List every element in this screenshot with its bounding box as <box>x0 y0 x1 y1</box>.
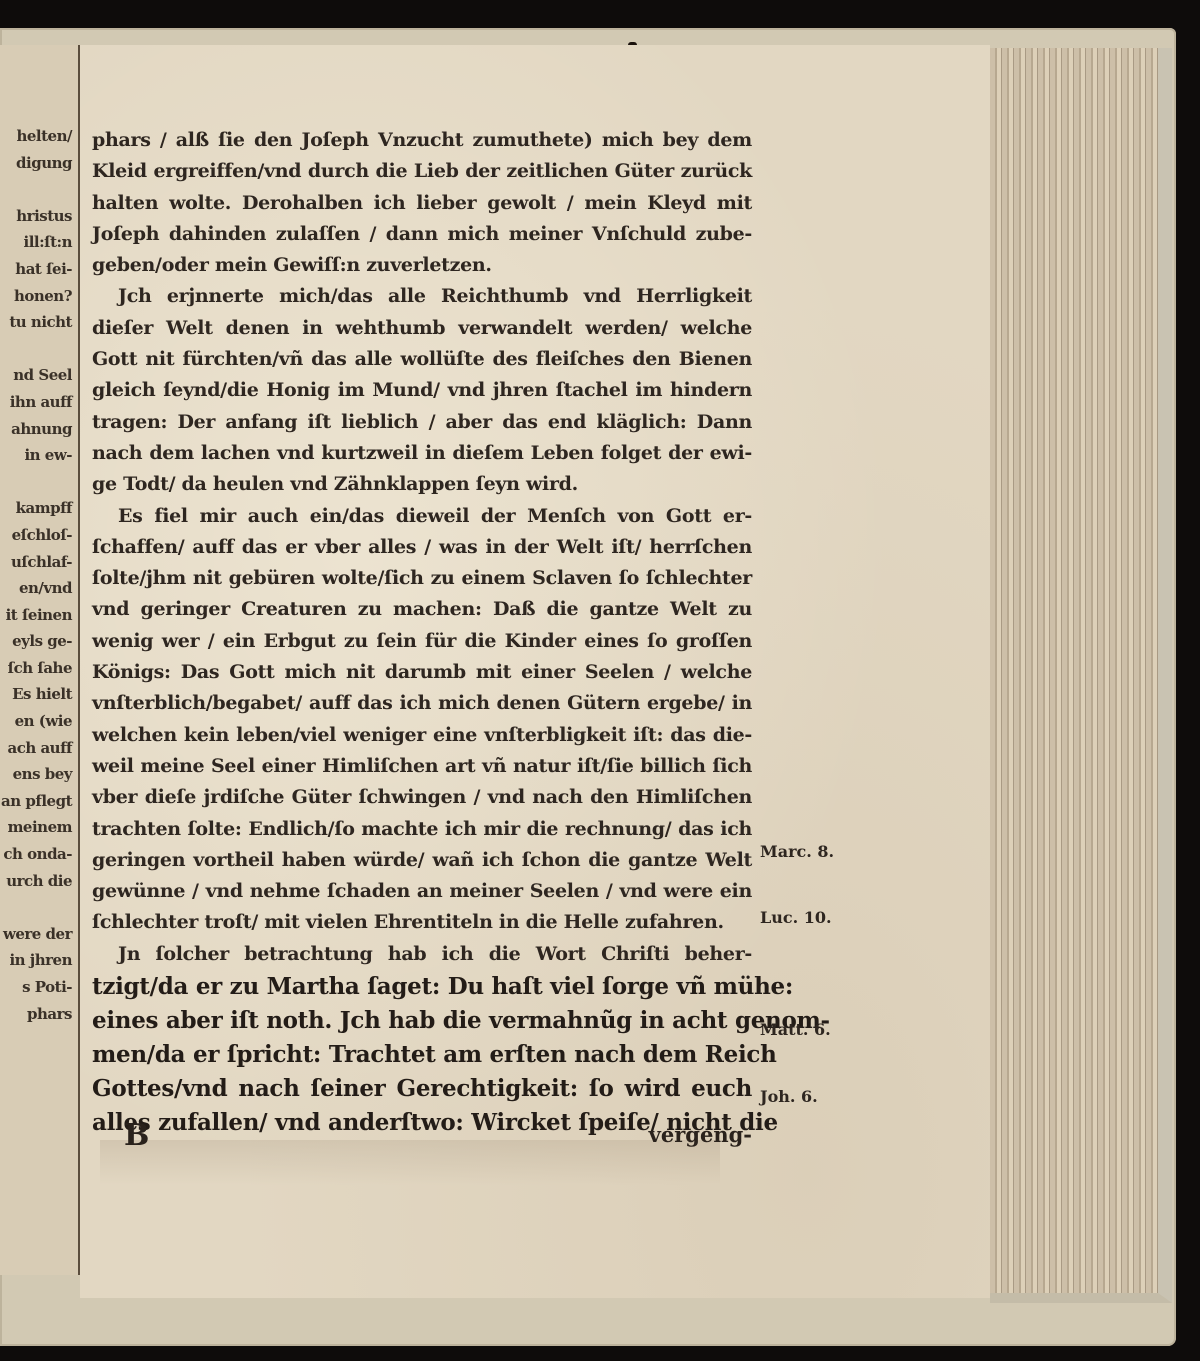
left-page-line: eyls ge- <box>0 628 72 655</box>
text-line: tragen: Der anfang iſt lieblich / aber d… <box>92 407 752 438</box>
text-line: ge Todt/ da heulen vnd Zähnklappen ſeyn … <box>92 469 752 500</box>
text-line: ſchaffen/ auff das er vber alles / was i… <box>92 532 752 563</box>
text-line: Jn ſolcher betrachtung hab ich die Wort … <box>92 939 752 970</box>
text-line: vnſterblich/begabet/ auff das ich mich d… <box>92 688 752 719</box>
text-line: geringen vortheil haben würde/ wañ ich ſ… <box>92 845 752 876</box>
text-line: trachten ſolte: Endlich/ſo machte ich mi… <box>92 814 752 845</box>
text-line: vnd geringer Creaturen zu machen: Daß di… <box>92 594 752 625</box>
left-page: helten/digung hristusill:ſt:nhat ſei-hon… <box>0 45 80 1275</box>
text-line: welchen kein leben/viel weniger eine vnſ… <box>92 720 752 751</box>
left-page-line: urch die <box>0 868 72 895</box>
text-line: ſchlechter troſt/ mit vielen Ehrentiteln… <box>92 907 752 938</box>
catchword: vergeng- <box>649 1122 752 1147</box>
left-page-line: phars <box>0 1001 72 1028</box>
left-page-line: en/vnd <box>0 575 72 602</box>
text-line: gewünne / vnd nehme ſchaden an meiner Se… <box>92 876 752 907</box>
left-page-line: hristus <box>0 203 72 230</box>
text-line: ſolte/jhm nit gebüren wolte/ſich zu eine… <box>92 563 752 594</box>
left-page-line: eſchloſ- <box>0 522 72 549</box>
left-page-line: honen? <box>0 283 72 310</box>
text-line: Gottes/vnd nach ſeiner Gerechtigkeit: ſo… <box>92 1072 752 1106</box>
text-line: nach dem lachen vnd kurtzweil in dieſem … <box>92 438 752 469</box>
left-page-line: uſchlaf- <box>0 549 72 576</box>
text-line: Kleid ergreiffen/vnd durch die Lieb der … <box>92 156 752 187</box>
left-page-line: tu nicht <box>0 309 72 336</box>
left-page-line <box>0 469 72 496</box>
body-text: phars / alß ſie den Joſeph Vnzucht zumut… <box>92 125 752 1140</box>
margin-note: Matt. 6. <box>760 1020 831 1039</box>
left-page-line: ahnung <box>0 416 72 443</box>
text-line: phars / alß ſie den Joſeph Vnzucht zumut… <box>92 125 752 156</box>
text-line: Königs: Das Gott mich nit darumb mit ein… <box>92 657 752 688</box>
left-page-line <box>0 894 72 921</box>
text-line: vber dieſe jrdiſche Güter ſchwingen / vn… <box>92 782 752 813</box>
page-edges <box>990 48 1172 1303</box>
text-line: weil meine Seel einer Himliſchen art vñ … <box>92 751 752 782</box>
left-page-line: ens bey <box>0 761 72 788</box>
left-page-line: nd Seel <box>0 362 72 389</box>
text-line: halten wolte. Derohalben ich lieber gewo… <box>92 188 752 219</box>
left-page-line: ſch ſahe <box>0 655 72 682</box>
left-page-line: en (wie <box>0 708 72 735</box>
text-line: Gott nit fürchten/vñ das alle wollüſte d… <box>92 344 752 375</box>
left-page-line: s Poti- <box>0 974 72 1001</box>
margin-note: Marc. 8. <box>760 842 834 861</box>
text-line: Jch erjnnerte mich/das alle Reichthumb v… <box>92 281 752 312</box>
left-page-line: in jhren <box>0 947 72 974</box>
text-line: dieſer Welt denen in wehthumb verwandelt… <box>92 313 752 344</box>
left-page-text: helten/digung hristusill:ſt:nhat ſei-hon… <box>0 123 72 1027</box>
left-page-line: ach auff <box>0 735 72 762</box>
margin-note: Joh. 6. <box>760 1087 818 1106</box>
left-page-line: in ew- <box>0 442 72 469</box>
margin-note: Luc. 10. <box>760 908 832 927</box>
left-page-line: helten/ <box>0 123 72 150</box>
left-page-line: ill:ſt:n <box>0 229 72 256</box>
left-page-line: hat ſei- <box>0 256 72 283</box>
left-page-line: kampff <box>0 495 72 522</box>
text-line: Es fiel mir auch ein/das dieweil der Men… <box>92 501 752 532</box>
left-page-line <box>0 336 72 363</box>
text-line: men/da er ſpricht: Trachtet am erſten na… <box>92 1038 752 1072</box>
text-line: eines aber iſt noth. Jch hab die vermahn… <box>92 1004 752 1038</box>
left-page-line: digung <box>0 150 72 177</box>
text-line: Joſeph dahinden zulaſſen / dann mich mei… <box>92 219 752 250</box>
left-page-line: Es hielt <box>0 681 72 708</box>
text-line: geben/oder mein Gewiſſ:n zuverletzen. <box>92 250 752 281</box>
text-line: wenig wer / ein Erbgut zu ſein für die K… <box>92 626 752 657</box>
left-page-line: meinem <box>0 814 72 841</box>
left-page-line: ch onda- <box>0 841 72 868</box>
signature-mark: B <box>124 1118 149 1153</box>
text-line: tzigt/da er zu Martha ſaget: Du haſt vie… <box>92 970 752 1004</box>
left-page-line: an pflegt <box>0 788 72 815</box>
left-page-line: ihn auff <box>0 389 72 416</box>
page-footer: B vergeng- <box>92 1118 752 1158</box>
left-page-line: it ſeinen <box>0 602 72 629</box>
left-page-line: were der <box>0 921 72 948</box>
left-page-line <box>0 176 72 203</box>
text-line: gleich ſeynd/die Honig im Mund/ vnd jhre… <box>92 375 752 406</box>
